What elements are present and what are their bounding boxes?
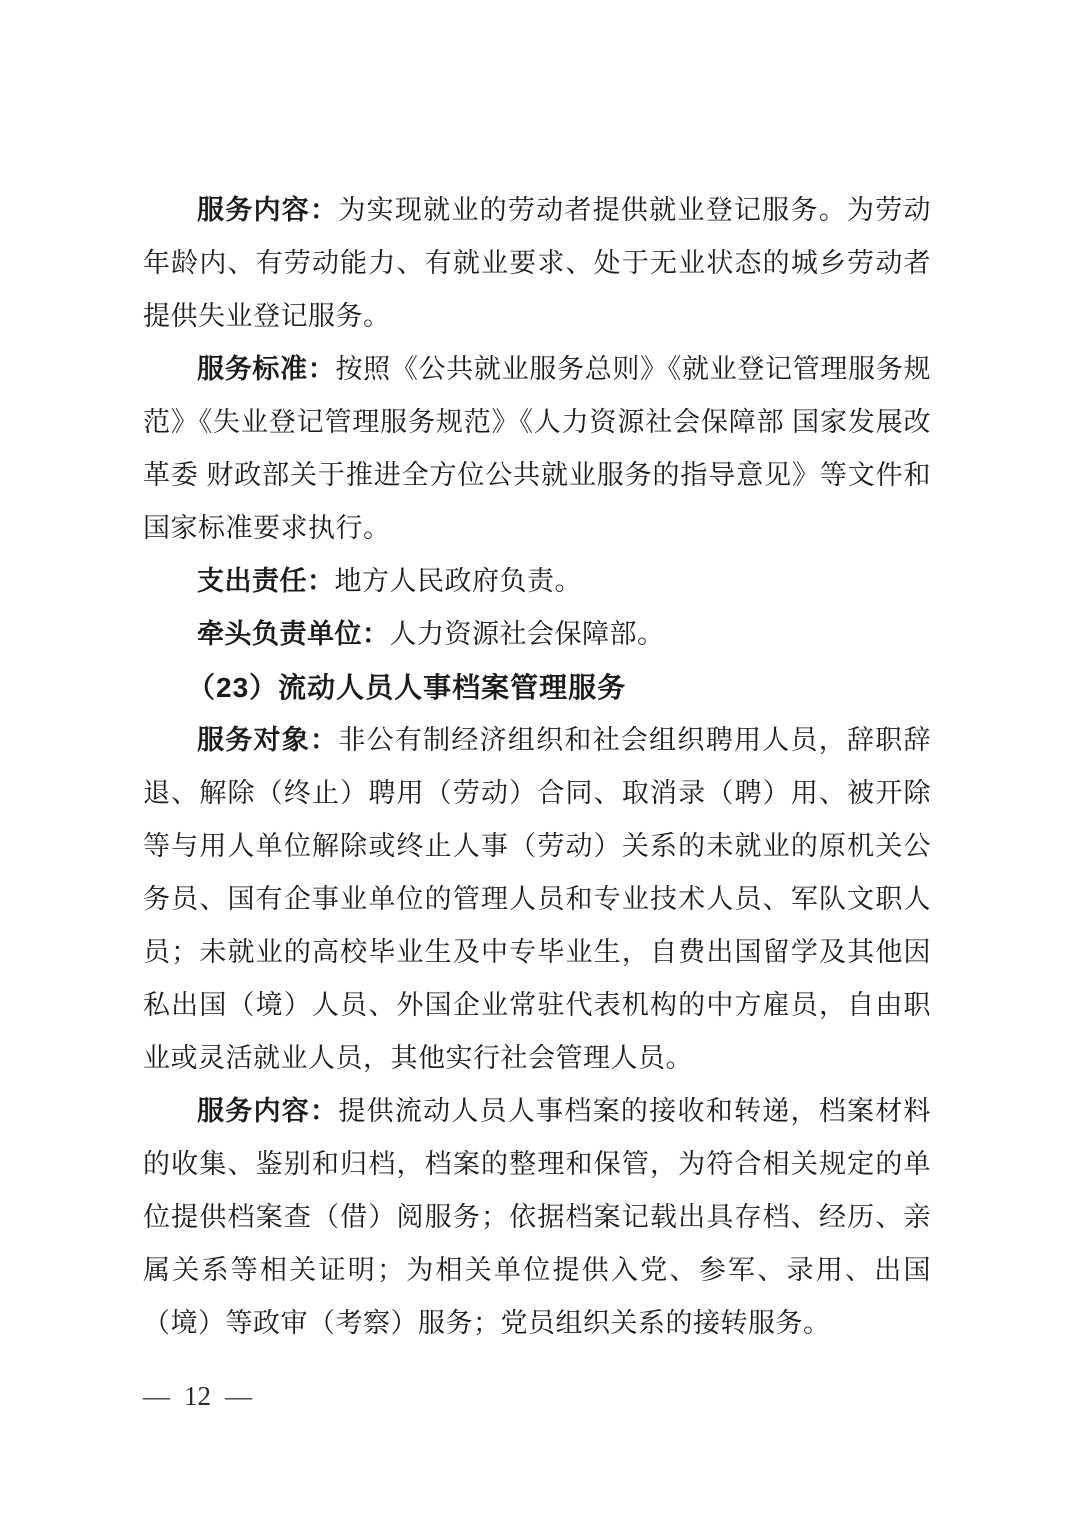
section-heading-item-23: （23）流动人员人事档案管理服务 (143, 661, 931, 714)
paragraph-label: 服务内容： (197, 1096, 338, 1126)
paragraph-expenditure-responsibility: 支出责任：地方人民政府负责。 (143, 555, 931, 608)
paragraph-text: 地方人民政府负责。 (335, 566, 583, 596)
paragraph-lead-unit: 牵头负责单位：人力资源社会保障部。 (143, 608, 931, 661)
paragraph-service-standard: 服务标准：按照《公共就业服务总则》《就业登记管理服务规范》《失业登记管理服务规范… (143, 343, 931, 555)
paragraph-text: 人力资源社会保障部。 (390, 619, 665, 649)
paragraph-label: 服务标准： (197, 354, 335, 384)
page-number-left-dash: — (143, 1376, 170, 1416)
page-number: —12— (143, 1376, 252, 1416)
paragraph-text: 提供流动人员人事档案的接收和转递，档案材料的收集、鉴别和归档，档案的整理和保管，… (143, 1096, 931, 1338)
paragraph-label: 服务内容： (197, 195, 338, 225)
document-page: 服务内容：为实现就业的劳动者提供就业登记服务。为劳动年龄内、有劳动能力、有就业要… (0, 0, 1074, 1520)
paragraph-label: 服务对象： (197, 725, 338, 755)
paragraph-label: 牵头负责单位： (197, 619, 390, 649)
page-number-right-dash: — (225, 1376, 252, 1416)
page-number-value: 12 (184, 1376, 211, 1416)
document-body: 服务内容：为实现就业的劳动者提供就业登记服务。为劳动年龄内、有劳动能力、有就业要… (143, 184, 931, 1350)
paragraph-label: 支出责任： (197, 566, 335, 596)
paragraph-service-target: 服务对象：非公有制经济组织和社会组织聘用人员，辞职辞退、解除（终止）聘用（劳动）… (143, 714, 931, 1085)
paragraph-service-content-1: 服务内容：为实现就业的劳动者提供就业登记服务。为劳动年龄内、有劳动能力、有就业要… (143, 184, 931, 343)
paragraph-service-content-2: 服务内容：提供流动人员人事档案的接收和转递，档案材料的收集、鉴别和归档，档案的整… (143, 1085, 931, 1350)
paragraph-text: 非公有制经济组织和社会组织聘用人员，辞职辞退、解除（终止）聘用（劳动）合同、取消… (143, 725, 931, 1073)
